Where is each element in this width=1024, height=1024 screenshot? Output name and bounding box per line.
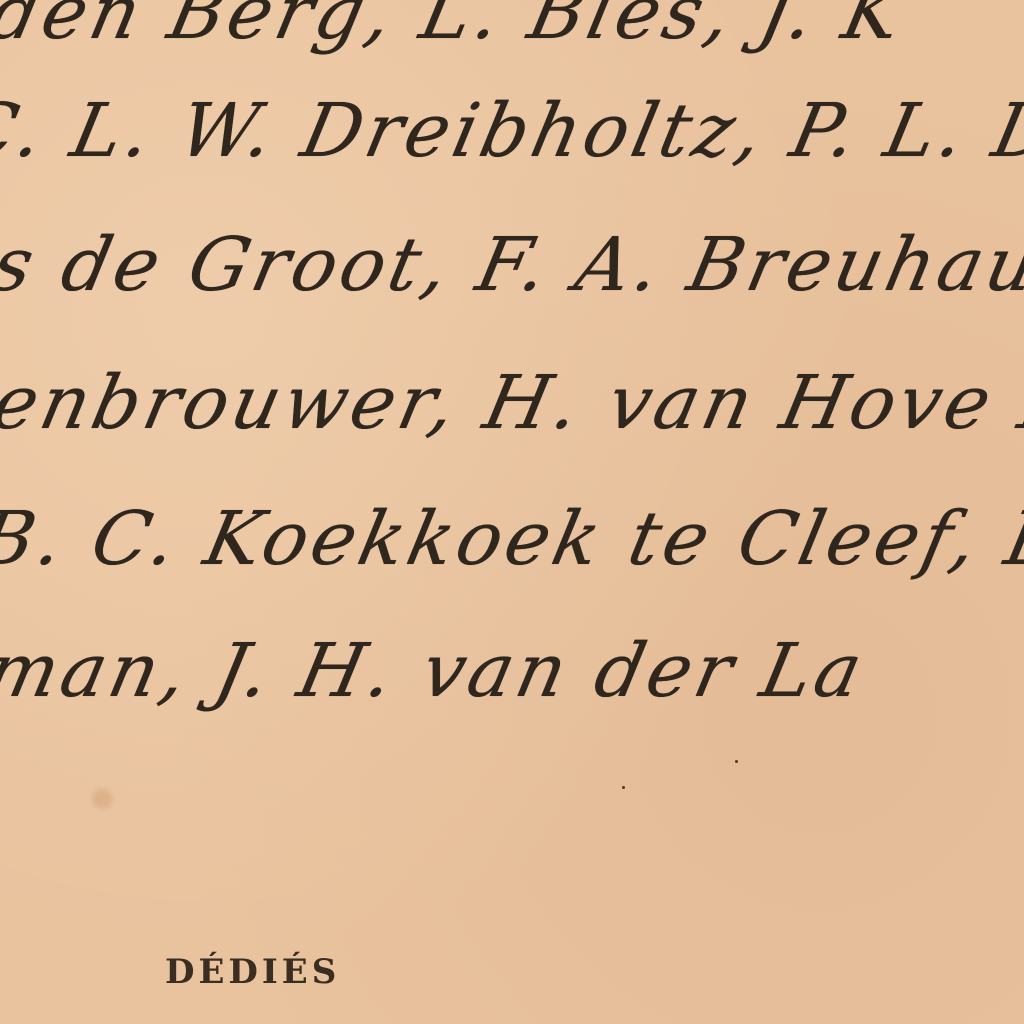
ink-speck	[622, 786, 625, 789]
name-line-1: den Berg, L. Bles, J. K	[0, 0, 913, 56]
name-line-3: s de Groot, F. A. Breuhaus de	[0, 222, 1024, 308]
name-line-6: man, J. H. van der La	[0, 628, 873, 714]
dedication-heading: DÉDIÉS	[165, 952, 340, 992]
name-line-5: B. C. Koekkoek te Cleef, L. J. K	[0, 496, 1024, 582]
name-line-2: C. L. W. Dreibholtz, P. L. Du	[0, 88, 1024, 174]
ink-speck	[735, 760, 738, 763]
name-line-4: enbrouwer, H. van Hove Bz: I	[0, 360, 1024, 446]
